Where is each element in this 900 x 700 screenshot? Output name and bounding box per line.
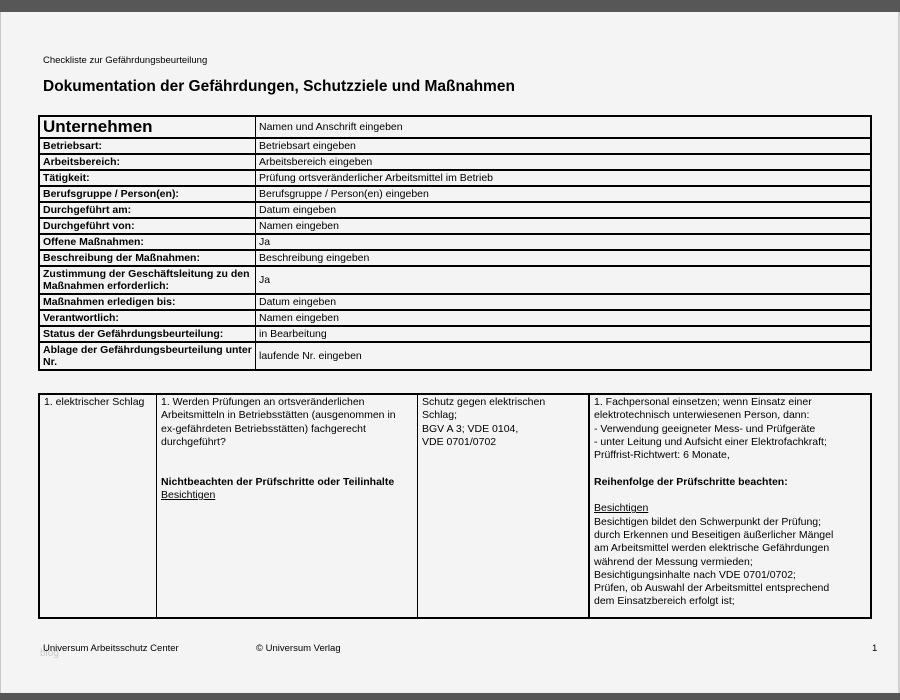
table-row: Offene Maßnahmen: Ja — [39, 234, 871, 250]
page-left-edge — [0, 12, 1, 693]
measures-subheading[interactable]: Besichtigen — [594, 502, 866, 515]
goal-line: Schutz gegen elektrischen — [422, 396, 584, 409]
measures-line: Besichtigungsinhalte nach VDE 0701/0702; — [594, 569, 866, 582]
hazard-cell: 1. elektrischer Schlag — [39, 394, 157, 618]
hazard-table: 1. elektrischer Schlag 1. Werden Prüfung… — [38, 393, 872, 619]
table-row: Verantwortlich: Namen eingeben — [39, 310, 871, 326]
row-label: Verantwortlich: — [39, 310, 256, 326]
row-label: Ablage der Gefährdungsbeurteilung unter … — [39, 342, 256, 370]
measures-line: 1. Fachpersonal einsetzen; wenn Einsatz … — [594, 396, 866, 409]
footer-publisher: Universum Arbeitsschutz Center — [43, 643, 179, 654]
row-value[interactable]: Namen eingeben — [256, 310, 872, 326]
table-row: Ablage der Gefährdungsbeurteilung unter … — [39, 342, 871, 370]
row-value[interactable]: Namen und Anschrift eingeben — [256, 116, 872, 138]
measures-line: - unter Leitung und Aufsicht einer Elekt… — [594, 436, 866, 449]
row-label: Unternehmen — [39, 116, 256, 138]
measures-line: - Verwendung geeigneter Mess- und Prüfge… — [594, 423, 866, 436]
row-label: Offene Maßnahmen: — [39, 234, 256, 250]
table-row: Zustimmung der Geschäftsleitung zu den M… — [39, 266, 871, 294]
row-label: Berufsgruppe / Person(en): — [39, 186, 256, 202]
top-bar — [0, 0, 900, 12]
row-label: Zustimmung der Geschäftsleitung zu den M… — [39, 266, 256, 294]
measures-line: Prüfen, ob Auswahl der Arbeitsmittel ent… — [594, 582, 866, 595]
question-text: 1. Werden Prüfungen an ortsveränderliche… — [161, 396, 413, 449]
table-row: Unternehmen Namen und Anschrift eingeben — [39, 116, 871, 138]
table-row: Beschreibung der Maßnahmen: Beschreibung… — [39, 250, 871, 266]
row-value[interactable]: Datum eingeben — [256, 202, 872, 218]
risk-heading: Nichtbeachten der Prüfschritte oder Teil… — [161, 476, 413, 489]
row-value[interactable]: Datum eingeben — [256, 294, 872, 310]
goal-line: BGV A 3; VDE 0104, — [422, 423, 584, 436]
measures-line: dem Einsatzbereich erfolgt ist; — [594, 595, 866, 608]
goal-line: VDE 0701/0702 — [422, 436, 584, 449]
row-value[interactable]: Betriebsart eingeben — [256, 138, 872, 154]
footer-copyright: © Universum Verlag — [256, 643, 341, 654]
table-row: Arbeitsbereich: Arbeitsbereich eingeben — [39, 154, 871, 170]
row-label: Beschreibung der Maßnahmen: — [39, 250, 256, 266]
measures-line: Prüffrist-Richtwert: 6 Monate, — [594, 449, 866, 462]
table-row: Betriebsart: Betriebsart eingeben — [39, 138, 871, 154]
row-value[interactable]: laufende Nr. eingeben — [256, 342, 872, 370]
question-cell: 1. Werden Prüfungen an ortsveränderliche… — [157, 394, 418, 618]
row-value[interactable]: Namen eingeben — [256, 218, 872, 234]
table-row: Berufsgruppe / Person(en): Berufsgruppe … — [39, 186, 871, 202]
goal-line: Schlag; — [422, 409, 584, 422]
document-subtitle: Checkliste zur Gefährdungsbeurteilung — [43, 55, 207, 66]
row-value[interactable]: Arbeitsbereich eingeben — [256, 154, 872, 170]
row-value[interactable]: in Bearbeitung — [256, 326, 872, 342]
company-info-table: Unternehmen Namen und Anschrift eingeben… — [38, 115, 872, 371]
goal-cell: Schutz gegen elektrischen Schlag; BGV A … — [418, 394, 590, 618]
row-label: Arbeitsbereich: — [39, 154, 256, 170]
row-label: Maßnahmen erledigen bis: — [39, 294, 256, 310]
row-label: Durchgeführt am: — [39, 202, 256, 218]
bottom-bar — [0, 693, 900, 700]
measures-line: durch Erkennen und Beseitigen äußerliche… — [594, 529, 866, 542]
row-value[interactable]: Ja — [256, 266, 872, 294]
row-label: Durchgeführt von: — [39, 218, 256, 234]
row-value[interactable]: Berufsgruppe / Person(en) eingeben — [256, 186, 872, 202]
row-label: Tätigkeit: — [39, 170, 256, 186]
row-value[interactable]: Prüfung ortsveränderlicher Arbeitsmittel… — [256, 170, 872, 186]
table-row: Status der Gefährdungsbeurteilung: in Be… — [39, 326, 871, 342]
table-row: Durchgeführt am: Datum eingeben — [39, 202, 871, 218]
measures-cell: 1. Fachpersonal einsetzen; wenn Einsatz … — [589, 394, 871, 618]
measures-line: am Arbeitsmittel werden elektrische Gefä… — [594, 542, 866, 555]
measures-line: Besichtigen bildet den Schwerpunkt der P… — [594, 516, 866, 529]
table-row: 1. elektrischer Schlag 1. Werden Prüfung… — [39, 394, 871, 618]
risk-link[interactable]: Besichtigen — [161, 489, 413, 502]
page-number: 1 — [872, 643, 877, 654]
row-value[interactable]: Beschreibung eingeben — [256, 250, 872, 266]
measures-heading: Reihenfolge der Prüfschritte beachten: — [594, 476, 866, 489]
table-row: Maßnahmen erledigen bis: Datum eingeben — [39, 294, 871, 310]
row-label: Status der Gefährdungsbeurteilung: — [39, 326, 256, 342]
hazard-name: 1. elektrischer Schlag — [44, 396, 152, 409]
table-row: Durchgeführt von: Namen eingeben — [39, 218, 871, 234]
measures-line: elektrotechnisch unterwiesenen Person, d… — [594, 409, 866, 422]
row-label: Betriebsart: — [39, 138, 256, 154]
table-row: Tätigkeit: Prüfung ortsveränderlicher Ar… — [39, 170, 871, 186]
measures-line: während der Messung vermieden; — [594, 556, 866, 569]
document-title: Dokumentation der Gefährdungen, Schutzzi… — [43, 78, 515, 96]
row-value[interactable]: Ja — [256, 234, 872, 250]
